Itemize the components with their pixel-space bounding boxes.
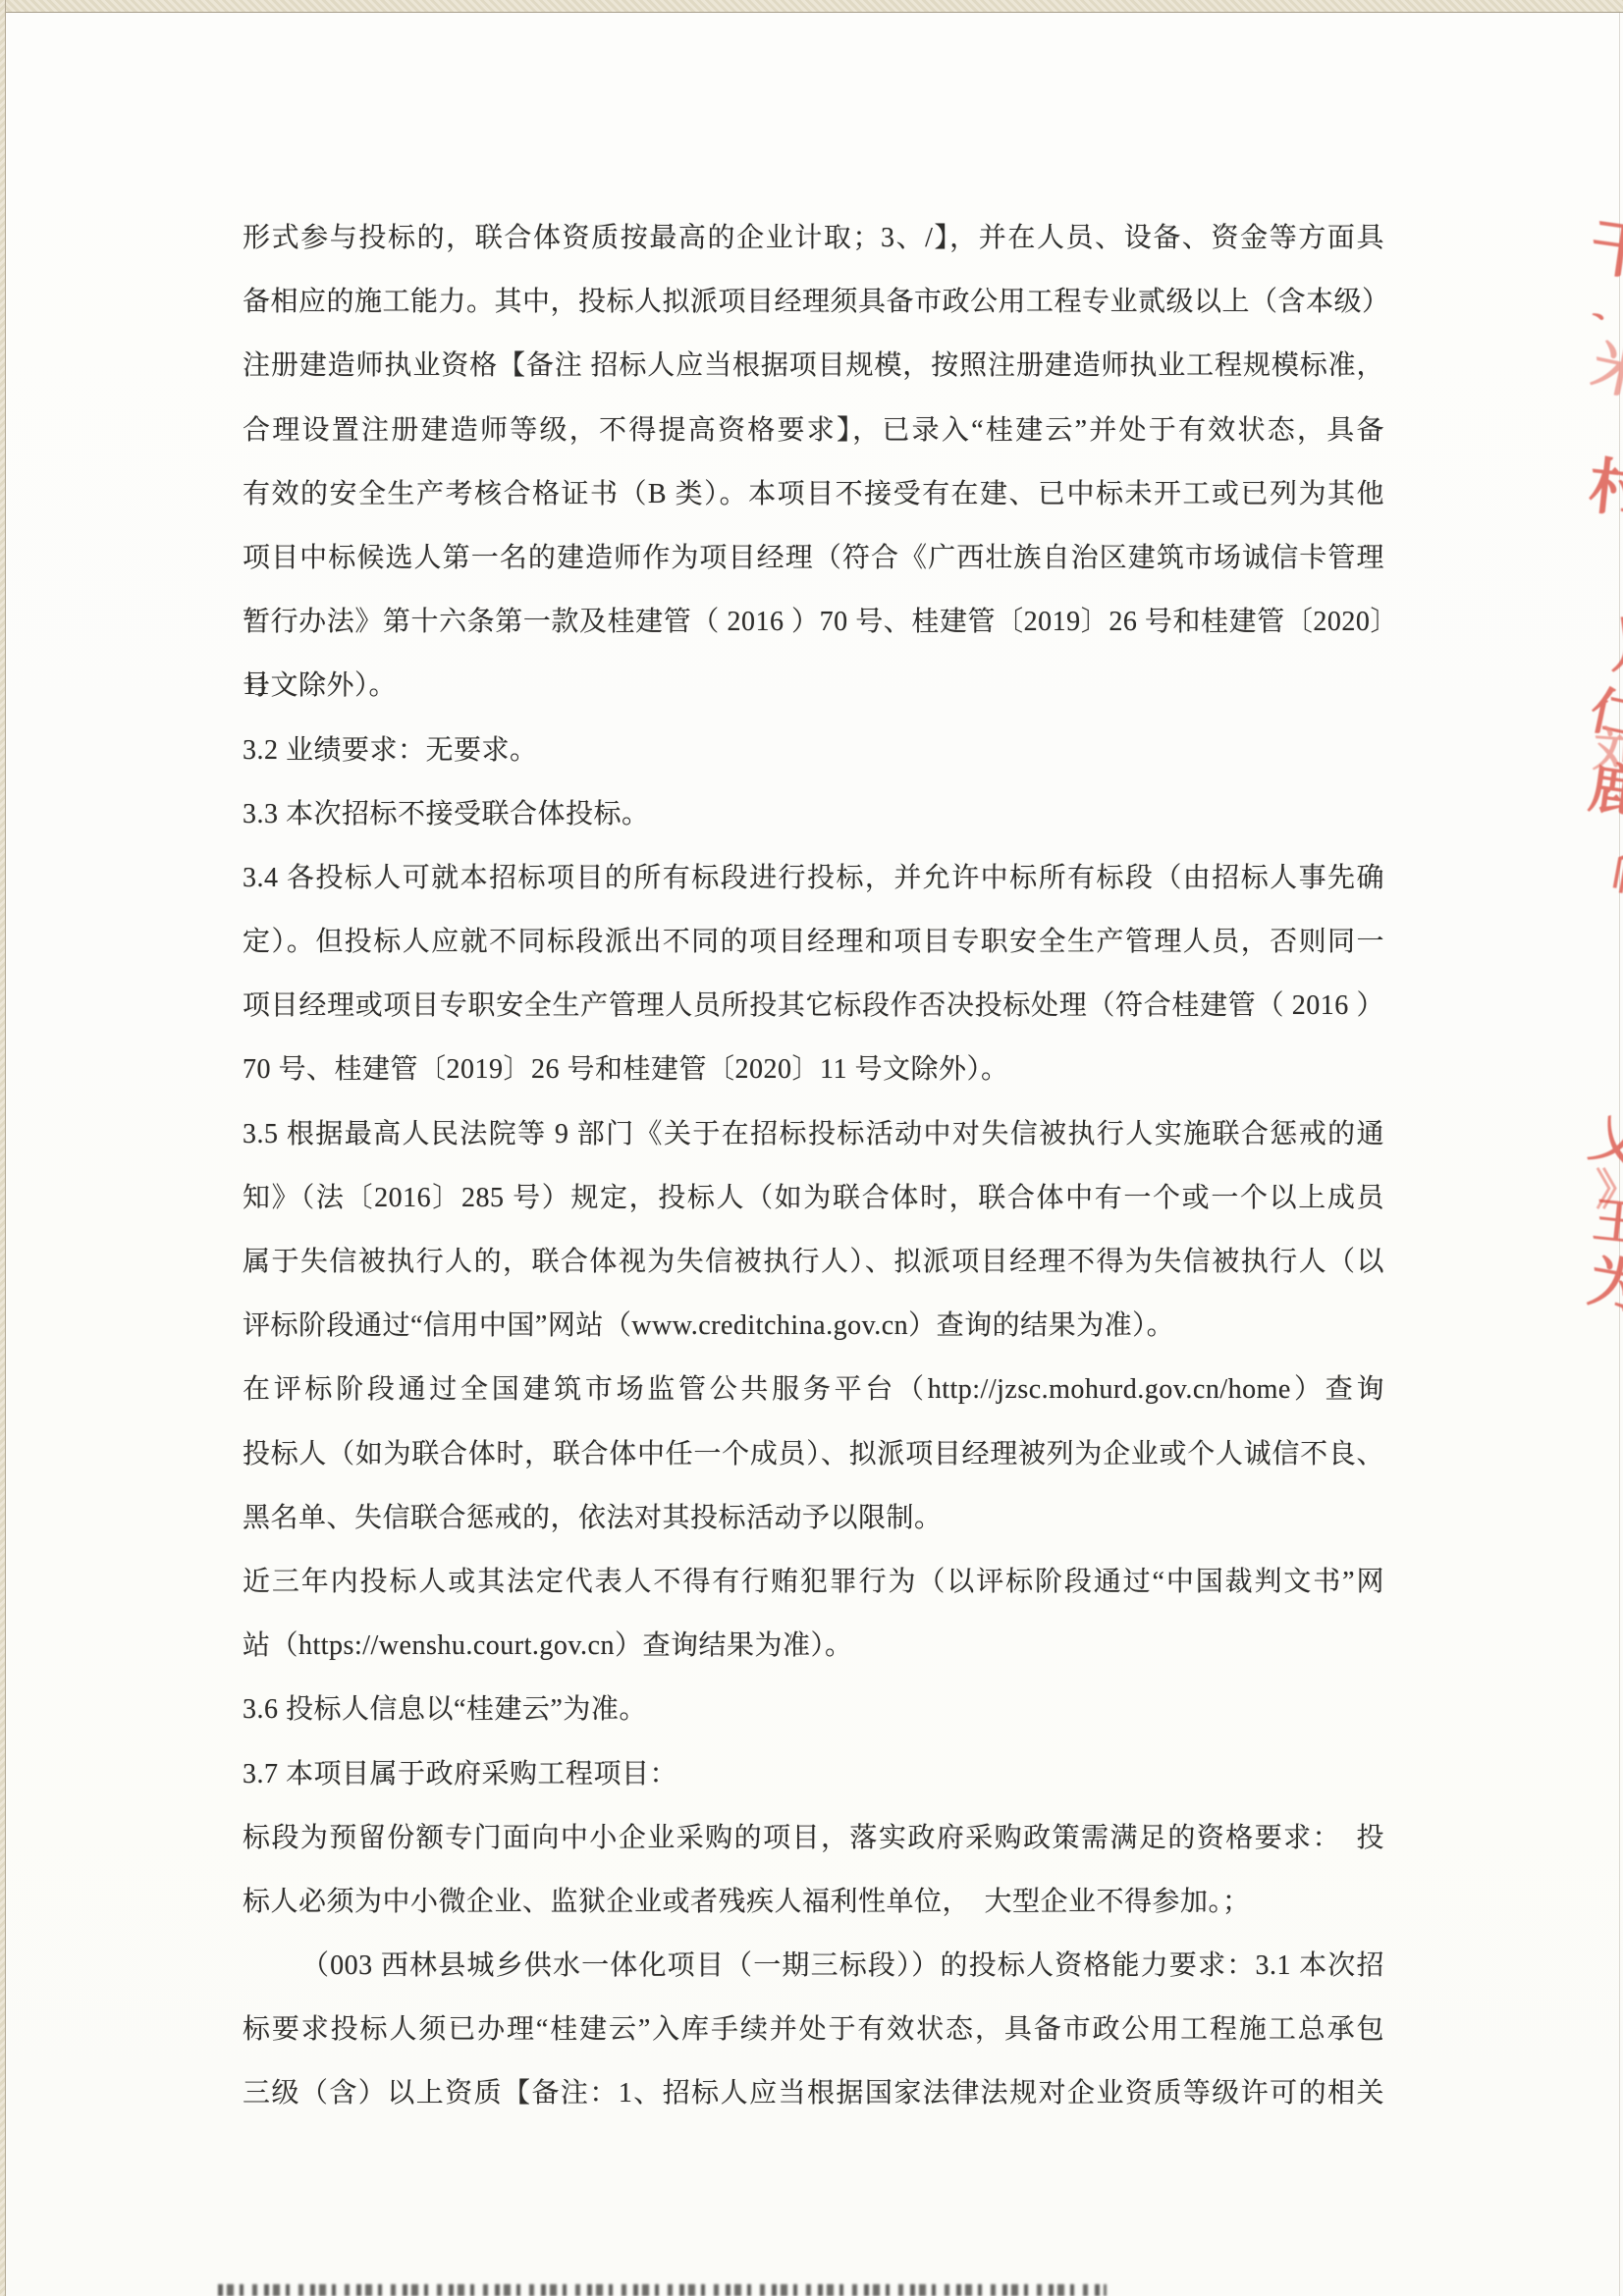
scan-background-top-edge xyxy=(0,0,1623,13)
text-line-section-003: （003 西林县城乡供水一体化项目（一期三标段））的投标人资格能力要求：3.1 … xyxy=(243,1934,1384,1998)
text-line: 投标人（如为联合体时，联合体中任一个成员）、拟派项目经理被列为企业或个人诚信不良… xyxy=(243,1422,1384,1486)
text-line: 标要求投标人须已办理“桂建云”入库手续并处于有效状态，具备市政公用工程施工总承包 xyxy=(243,1998,1384,2061)
text-line: 知》（法〔2016〕285 号）规定，投标人（如为联合体时，联合体中有一个或一个… xyxy=(243,1166,1384,1230)
text-line: 暂行办法》第十六条第一款及桂建管（ 2016 ）70 号、桂建管〔2019〕26… xyxy=(243,590,1384,654)
text-line: 黑名单、失信联合惩戒的，依法对其投标活动予以限制。 xyxy=(243,1486,1384,1550)
text-line: 定）。但投标人应就不同标段派出不同的项目经理和项目专职安全生产管理人员，否则同一 xyxy=(243,910,1384,974)
text-line-clause-3-4: 3.4 各投标人可就本招标项目的所有标段进行投标，并允许中标所有标段（由招标人事… xyxy=(243,846,1384,910)
scanned-tender-document-page: { "page": { "background_color": "#e7e1d0… xyxy=(0,0,1623,2296)
text-line: 项目经理或项目专职安全生产管理人员所投其它标段作否决投标处理（符合桂建管（ 20… xyxy=(243,974,1384,1038)
text-line-clause-3-5: 3.5 根据最高人民法院等 9 部门《关于在招标投标活动中对失信被执行人实施联合… xyxy=(243,1102,1384,1166)
document-body-text: 形式参与投标的，联合体资质按最高的企业计取；3、/】，并在人员、设备、资金等方面… xyxy=(243,206,1384,2126)
text-line: 标人必须为中小微企业、监狱企业或者残疾人福利性单位， 大型企业不得参加。； xyxy=(243,1870,1384,1934)
text-line-clause-3-3: 3.3 本次招标不接受联合体投标。 xyxy=(243,782,1384,846)
text-line-mohurd-url: 在评标阶段通过全国建筑市场监管公共服务平台（http://jzsc.mohurd… xyxy=(243,1358,1384,1421)
cutoff-text-sliver xyxy=(218,2284,1107,2296)
text-line: 注册建造师执业资格【备注 招标人应当根据项目规模，按照注册建造师执业工程规模标准… xyxy=(243,334,1384,398)
text-line-wenshu-url: 站（https://wenshu.court.gov.cn）查询结果为准）。 xyxy=(243,1614,1384,1678)
text-line: 备相应的施工能力。其中，投标人拟派项目经理须具备市政公用工程专业贰级以上（含本级… xyxy=(243,270,1384,334)
text-line: 合理设置注册建造师等级，不得提高资格要求】，已录入“桂建云”并处于有效状态，具备 xyxy=(243,399,1384,462)
text-line: 标段为预留份额专门面向中小企业采购的项目，落实政府采购政策需满足的资格要求： 投 xyxy=(243,1806,1384,1870)
text-line: 有效的安全生产考核合格证书（B 类）。本项目不接受有在建、已中标未开工或已列为其… xyxy=(243,462,1384,526)
text-line: 三级（含）以上资质【备注：1、招标人应当根据国家法律法规对企业资质等级许可的相关 xyxy=(243,2061,1384,2125)
text-line: 项目中标候选人第一名的建造师作为项目经理（符合《广西壮族自治区建筑市场诚信卡管理 xyxy=(243,526,1384,590)
text-line: 形式参与投标的，联合体资质按最高的企业计取；3、/】，并在人员、设备、资金等方面… xyxy=(243,206,1384,270)
text-line-clause-3-6: 3.6 投标人信息以“桂建云”为准。 xyxy=(243,1678,1384,1741)
text-line: 近三年内投标人或其法定代表人不得有行贿犯罪行为（以评标阶段通过“中国裁判文书”网 xyxy=(243,1550,1384,1614)
text-line-clause-3-7: 3.7 本项目属于政府采购工程项目： xyxy=(243,1742,1384,1806)
text-line: 号文除外）。 xyxy=(243,654,1384,718)
text-line-creditchina-url: 评标阶段通过“信用中国”网站（www.creditchina.gov.cn）查询… xyxy=(243,1294,1384,1358)
text-line: 属于失信被执行人的，联合体视为失信被执行人）、拟派项目经理不得为失信被执行人（以 xyxy=(243,1230,1384,1294)
paper-right-edge-line xyxy=(1619,13,1620,2296)
text-line: 70 号、桂建管〔2019〕26 号和桂建管〔2020〕11 号文除外）。 xyxy=(243,1038,1384,1101)
text-line-clause-3-2: 3.2 业绩要求：无要求。 xyxy=(243,719,1384,782)
